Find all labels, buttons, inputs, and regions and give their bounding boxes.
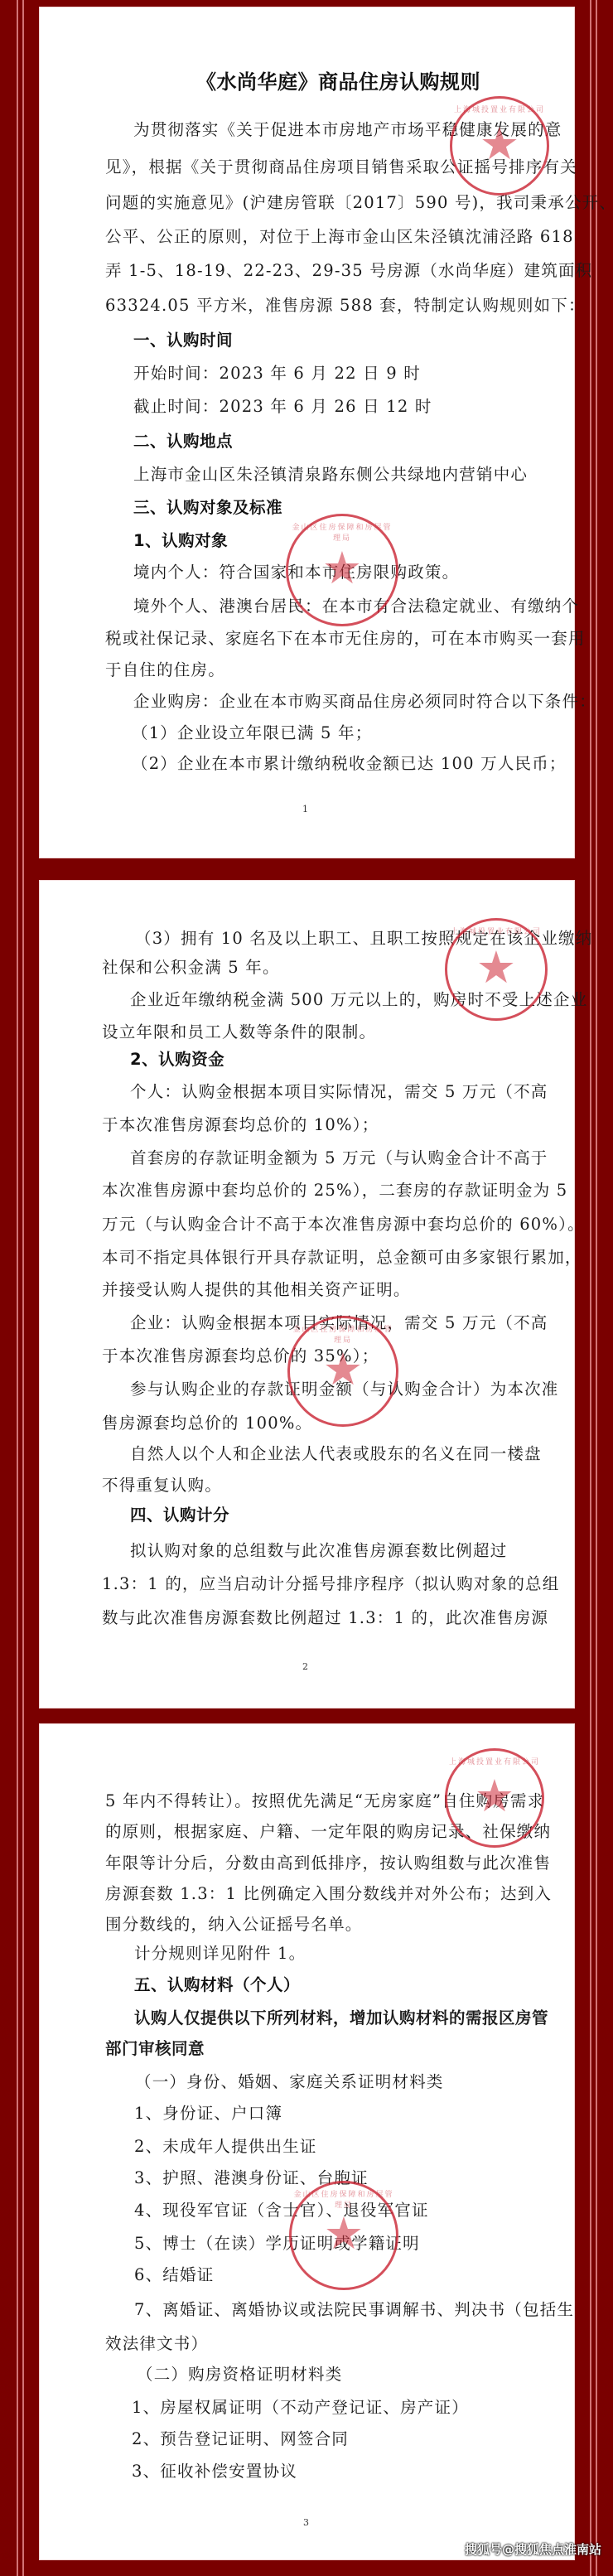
paragraph-line: 问题的实施意见》(沪建房管联〔2017〕590 号)，我司秉承公开、 xyxy=(105,194,613,212)
star-icon: ★ xyxy=(476,945,516,990)
list-item: （3）拥有 10 名及以上职工、且职工按照规定在该企业缴纳 xyxy=(135,930,592,948)
document-page-2: （3）拥有 10 名及以上职工、且职工按照规定在该企业缴纳 社保和公积金满 5 … xyxy=(39,880,575,1708)
government-seal: 金山区住房保障和房屋管理局 ★ xyxy=(287,1316,398,1427)
paragraph-line: 企业购房：企业在本市购买商品住房必须同时符合以下条件： xyxy=(133,693,596,711)
paragraph-line: 房源套数 1.3：1 比例确定入围分数线并对外公布；达到入 xyxy=(105,1885,552,1903)
paragraph-line: 参与认购企业的存款证明金额（与认购金合计）为本次准 xyxy=(130,1380,559,1399)
list-item: 2、未成年人提供出生证 xyxy=(134,2138,317,2156)
paragraph-line: 1.3：1 的，应当启动计分摇号排序程序（拟认购对象的总组 xyxy=(102,1575,559,1593)
paragraph-line: 5 年内不得转让）。按照优先满足“无房家庭”自住购房需求 xyxy=(105,1792,544,1810)
section-heading: 四、认购计分 xyxy=(130,1506,229,1525)
frame-rail-right-inner xyxy=(590,0,591,2576)
frame-rail-left-inner xyxy=(22,0,24,2576)
document-page-1: 《水尚华庭》商品住房认购规则 为贯彻落实《关于促进本市房地产市场平稳健康发展的意… xyxy=(39,7,575,858)
paragraph-line: 税或社保记录、家庭名下在本市无住房的，可在本市购买一套用 xyxy=(105,630,586,648)
frame-rail-left-outer xyxy=(17,0,18,2576)
paragraph-line: 企业近年缴纳税金满 500 万元以上的，购房时不受上述企业 xyxy=(130,991,587,1009)
paragraph-line: 社保和公积金满 5 年。 xyxy=(102,959,280,977)
seal-text: 上海城投置业有限公司 xyxy=(447,1756,542,1766)
paragraph-line: 首套房的存款证明金额为 5 万元（与认购金合计不高于 xyxy=(130,1149,548,1167)
paragraph-line: 本次准售房源中套均总价的 25%），二套房的存款证明金为 5 xyxy=(102,1182,567,1200)
list-item: 7、离婚证、离婚协议或法院民事调解书、判决书（包括生 xyxy=(134,2301,574,2319)
list-item: 4、现役军官证（含士官）、退役军官证 xyxy=(134,2201,429,2220)
seal-text: 金山区住房保障和房屋管理局 xyxy=(288,521,396,543)
paragraph-line: 境外个人、港澳台居民：在本市有合法稳定就业、有缴纳个 xyxy=(133,597,579,616)
paragraph-line: 围分数线的，纳入公证摇号名单。 xyxy=(105,1916,363,1934)
company-seal: 上海城投置业有限公司 ★ xyxy=(450,96,549,196)
page-number: 3 xyxy=(303,2517,309,2528)
paragraph-line: 见》，根据《关于贯彻商品住房项目销售采取公证摇号排序有关 xyxy=(105,158,577,176)
paragraph-line: 售房源套均总价的 100%。 xyxy=(102,1414,312,1433)
list-item: 3、征收补偿安置协议 xyxy=(132,2462,297,2481)
subsection-heading: 1、认购对象 xyxy=(133,532,228,550)
paragraph-line: 本司不指定具体银行开具存款证明，总金额可由多家银行累加， xyxy=(102,1249,582,1267)
page-number: 2 xyxy=(302,1661,308,1672)
paragraph-line: 境内个人：符合国家和本市住房限购政策。 xyxy=(133,563,459,582)
paragraph-line: 于自住的住房。 xyxy=(105,661,225,679)
paragraph-line: 公平、公正的原则，对位于上海市金山区朱泾镇沈浦泾路 618 xyxy=(105,228,574,246)
list-item: 5、博士（在读）学历证明或学籍证明 xyxy=(134,2235,420,2253)
paragraph-line: 年限等计分后，分数由高到低排序，按认购组数与此次准售 xyxy=(105,1854,551,1873)
paragraph-line: 拟认购对象的总组数与此次准售房源套数比例超过 xyxy=(130,1542,507,1560)
paragraph-line: 万元（与认购金合计不高于本次准售房源中套均总价的 60%）。 xyxy=(102,1216,585,1234)
list-item: 6、结婚证 xyxy=(134,2266,214,2284)
document-page-3: 5 年内不得转让）。按照优先满足“无房家庭”自住购房需求 的原则，根据家庭、户籍… xyxy=(39,1723,575,2560)
list-item: （2）企业在本市累计缴纳税收金额已达 100 万人民币； xyxy=(132,755,567,773)
paragraph-line: 数与此次准售房源套数比例超过 1.3：1 的，此次准售房源 xyxy=(102,1609,548,1627)
list-item: 1、身份证、户口簿 xyxy=(134,2105,282,2123)
section-heading: 五、认购材料（个人） xyxy=(134,1976,300,1994)
document-title: 《水尚华庭》商品住房认购规则 xyxy=(196,73,480,91)
seal-text: 上海城投置业有限公司 xyxy=(452,104,547,114)
paragraph-line: 为贯彻落实《关于促进本市房地产市场平稳健康发展的意 xyxy=(133,121,562,139)
frame-rail-right-outer xyxy=(596,0,597,2576)
paragraph-line: 于本次准售房源套均总价的 35%）； xyxy=(102,1347,379,1365)
list-item: 2、预告登记证明、网签合同 xyxy=(132,2430,349,2448)
paragraph-line: 弄 1-5、18-19、22-23、29-35 号房源（水尚华庭）建筑面积 xyxy=(105,262,592,280)
paragraph-line: 认购人仅提供以下所列材料，增加认购材料的需报区房管 xyxy=(134,2009,548,2027)
list-item: 3、护照、港澳身份证、台胞证 xyxy=(134,2169,369,2187)
section-heading: 二、认购地点 xyxy=(133,433,233,451)
paragraph-line: 计分规则详见附件 1。 xyxy=(134,1945,306,1963)
paragraph-line: 不得重复认购。 xyxy=(102,1476,222,1495)
section-heading: 一、认购时间 xyxy=(133,331,233,350)
start-time: 开始时间：2023 年 6 月 22 日 9 时 xyxy=(133,365,421,383)
subsection-heading: （一）身份、婚姻、家庭关系证明材料类 xyxy=(135,2073,444,2091)
paragraph-line: 自然人以个人和企业法人代表或股东的名义在同一楼盘 xyxy=(130,1445,542,1463)
paragraph-line: 的原则，根据家庭、户籍、一定年限的购房记录、社保缴纳 xyxy=(105,1823,551,1841)
watermark: 搜狐号@搜狐焦点淮南站 xyxy=(465,2540,601,2558)
paragraph-line: 设立年限和员工人数等条件的限制。 xyxy=(102,1023,376,1042)
section-heading: 三、认购对象及标准 xyxy=(133,499,282,517)
list-item: 效法律文书） xyxy=(105,2335,208,2353)
end-time: 截止时间：2023 年 6 月 26 日 12 时 xyxy=(133,398,432,416)
list-item: 1、房屋权属证明（不动产登记证、房产证） xyxy=(132,2399,469,2417)
paragraph-line: 个人：认购金根据本项目实际情况，需交 5 万元（不高 xyxy=(130,1083,548,1101)
paragraph-line: 部门审核同意 xyxy=(105,2040,205,2058)
page-number: 1 xyxy=(302,804,308,814)
list-item: （1）企业设立年限已满 5 年； xyxy=(132,724,372,742)
subsection-heading: 2、认购资金 xyxy=(130,1051,224,1069)
paragraph-line: 于本次准售房源套均总价的 10%）； xyxy=(102,1116,379,1134)
paragraph-line: 63324.05 平方米，准售房源 588 套，特制定认购规则如下： xyxy=(105,297,586,315)
location-address: 上海市金山区朱泾镇清泉路东侧公共绿地内营销中心 xyxy=(133,466,528,484)
paragraph-line: 并接受认购人提供的其他相关资产证明。 xyxy=(102,1281,411,1299)
paragraph-line: 企业：认购金根据本项目实际情况，需交 5 万元（不高 xyxy=(130,1314,548,1332)
subsection-heading: （二）购房资格证明材料类 xyxy=(137,2366,342,2384)
